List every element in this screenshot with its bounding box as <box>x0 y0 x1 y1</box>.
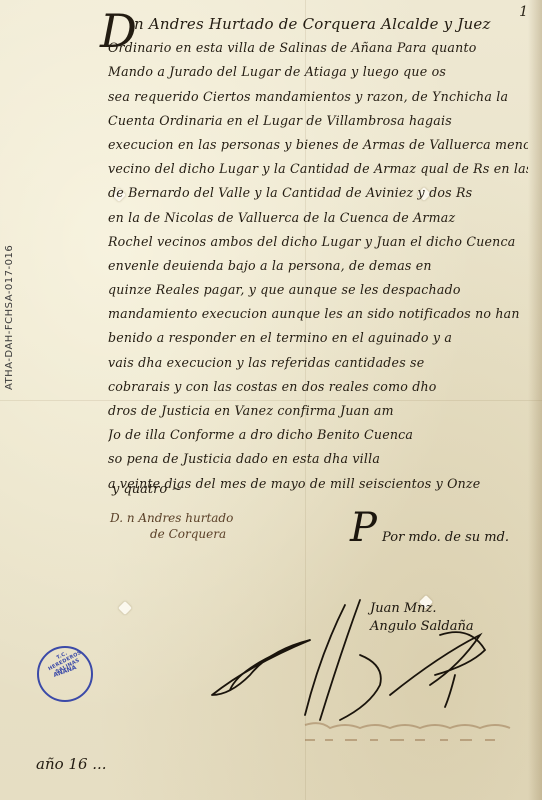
signature-main: P Por mdo. de su md. <box>350 505 509 551</box>
body-line: en la de Nicolas de Valluerca de la Cuen… <box>108 206 528 230</box>
body-line: cobrarais y con las costas en dos reales… <box>108 375 528 399</box>
body-line: Ordinario en esta villa de Salinas de Añ… <box>108 36 528 60</box>
archive-stamp: T.C. HEREDEROS SALINAS AÑANA <box>37 646 93 702</box>
signature-text: Por mdo. de su md. <box>382 530 509 545</box>
body-line: vecino del dicho Lugar y la Cantidad de … <box>108 157 528 181</box>
ink-bleed-through <box>300 720 530 760</box>
body-line: benido a responder en el termino en el a… <box>108 326 528 350</box>
body-line: so pena de Justicia dado en esta dha vil… <box>108 447 528 471</box>
body-line: vais dha execucion y las referidas canti… <box>108 351 528 375</box>
notary-annotation-line: de Corquera <box>110 526 290 542</box>
archive-reference: ATHA-DAH-FCHSA-017-016 <box>4 245 15 390</box>
body-line: de Bernardo del Valle y la Cantidad de A… <box>108 181 528 205</box>
body-line: quinze Reales pagar, y que aunque se les… <box>108 278 528 302</box>
body-line: execucion en las personas y bienes de Ar… <box>108 133 528 157</box>
body-line: Rochel vecinos ambos del dicho Lugar y J… <box>108 230 528 254</box>
closing-line: y quatro ~ <box>112 482 182 497</box>
docket-note: año 16 ... <box>36 755 107 773</box>
body-line: sea requerido Ciertos mandamientos y raz… <box>108 85 528 109</box>
body-line: Mando a Jurado del Lugar de Atiaga y lue… <box>108 60 528 84</box>
body-line: envenle deuienda bajo a la persona, de d… <box>108 254 528 278</box>
notary-annotation: D. n Andres hurtado de Corquera <box>110 510 290 542</box>
notary-annotation-line: D. n Andres hurtado <box>110 510 290 526</box>
signature-initial: P <box>350 505 377 551</box>
letter-body: n Andres Hurtado de Corquera Alcalde y J… <box>108 12 528 496</box>
body-line: mandamiento execucion aunque les an sido… <box>108 302 528 326</box>
body-line: n Andres Hurtado de Corquera Alcalde y J… <box>108 12 528 36</box>
body-line: dros de Justicia en Vanez confirma Juan … <box>108 399 528 423</box>
body-line: Jo de illa Conforme a dro dicho Benito C… <box>108 423 528 447</box>
binding-hole <box>118 601 132 615</box>
paper-edge-shadow <box>528 0 542 800</box>
body-line: Cuenta Ordinaria en el Lugar de Villambr… <box>108 109 528 133</box>
manuscript-page: 1 ATHA-DAH-FCHSA-017-016 D n Andres Hurt… <box>0 0 542 800</box>
